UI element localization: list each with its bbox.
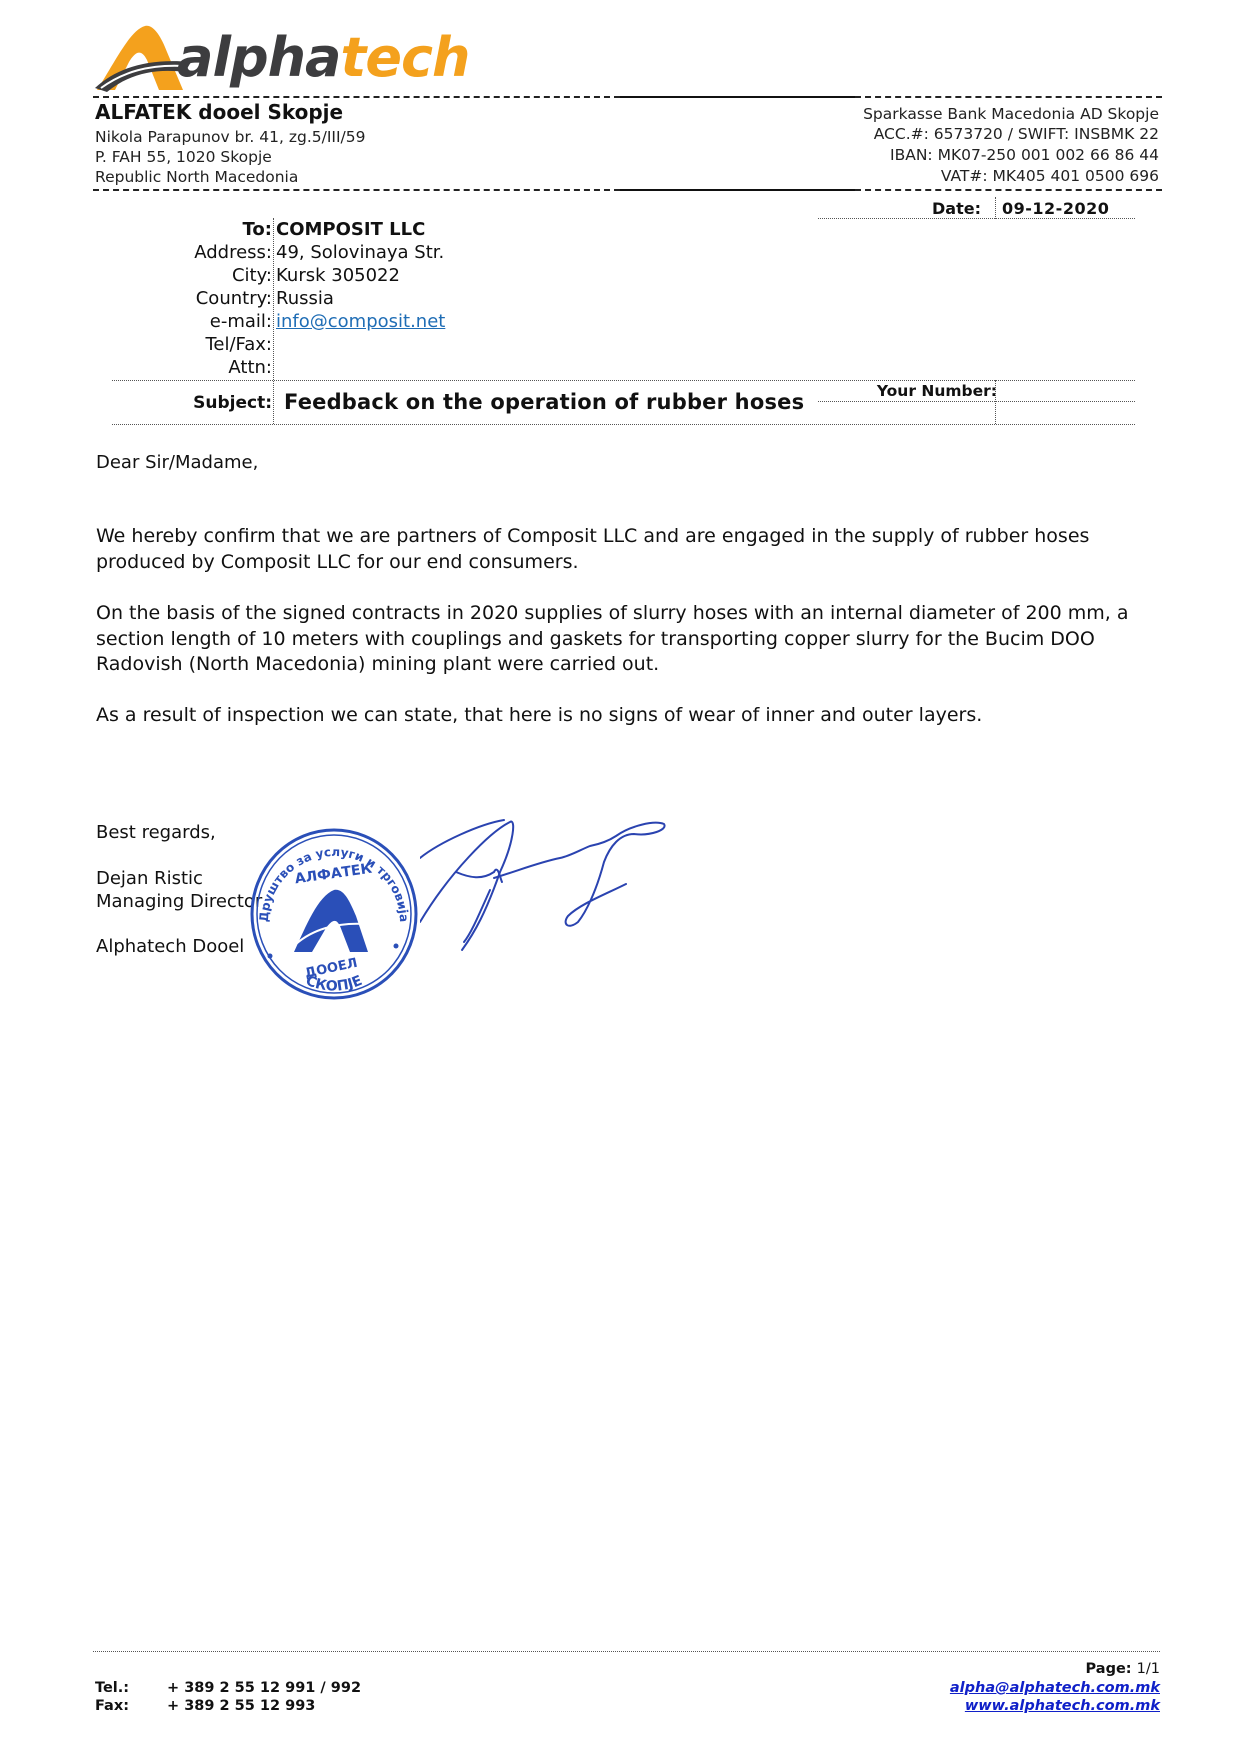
country-label: Country: — [196, 288, 272, 311]
signature — [420, 812, 690, 992]
fax-value: + 389 2 55 12 993 — [167, 1697, 315, 1715]
bank-vat: VAT#: MK405 401 0500 696 — [941, 166, 1159, 186]
stamp-city: СКОПЈЕ — [303, 973, 364, 995]
your-number-midline — [818, 401, 1135, 402]
city-label: City: — [232, 265, 272, 288]
sender-company-name: ALFATEK dooel Skopje — [95, 100, 343, 124]
header-top-separator-solid — [620, 96, 855, 98]
subject-value: Feedback on the operation of rubber hose… — [284, 390, 804, 414]
stamp-logo-icon — [294, 890, 368, 952]
salutation: Dear Sir/Madame, — [96, 450, 1196, 476]
company-logo: alphatech — [95, 22, 475, 94]
subject-label: Subject: — [193, 393, 272, 413]
header-bottom-separator-solid — [620, 189, 855, 191]
footer-separator — [93, 1651, 1160, 1652]
date-divider — [995, 197, 996, 219]
attn-label: Attn: — [228, 357, 272, 380]
date-value: 09-12-2020 — [1002, 199, 1109, 218]
subject-top-line — [112, 380, 1135, 381]
date-underline — [818, 218, 1135, 219]
sender-address-line1: Nikola Parapunov br. 41, zg.5/III/59 — [95, 127, 366, 147]
paragraph-3: As a result of inspection we can state, … — [96, 703, 1196, 729]
paragraph-2: On the basis of the signed contracts in … — [96, 601, 1166, 678]
header-top-separator — [93, 96, 620, 98]
tel-value: + 389 2 55 12 991 / 992 — [167, 1679, 361, 1697]
recipient-divider — [273, 218, 274, 424]
recipient-email-link[interactable]: info@composit.net — [276, 311, 445, 334]
company-stamp: Друштво за услуги и трговија АЛФАТЕК ДОО… — [246, 826, 422, 1002]
email-label: e-mail: — [210, 311, 272, 334]
to-value: COMPOSIT LLC — [276, 219, 425, 242]
logo-wordmark: alphatech — [177, 22, 469, 94]
sender-address-line3: Republic North Macedonia — [95, 167, 298, 187]
your-number-divider — [995, 380, 996, 424]
page-value: 1/1 — [1137, 1661, 1160, 1677]
bank-iban: IBAN: MK07-250 001 002 66 86 44 — [890, 145, 1159, 165]
footer-website-link[interactable]: www.alphatech.com.mk — [965, 1697, 1160, 1715]
telfax-label: Tel/Fax: — [205, 334, 272, 357]
subject-bottom-line — [112, 424, 1135, 425]
tel-label: Tel.: — [95, 1679, 129, 1697]
country-value: Russia — [276, 288, 334, 311]
date-label: Date: — [932, 199, 981, 218]
page-indicator: Page: 1/1 — [1086, 1660, 1160, 1678]
svg-text:СКОПЈЕ: СКОПЈЕ — [303, 973, 364, 995]
header-bottom-separator — [93, 189, 620, 191]
header-bottom-separator-right — [855, 189, 1162, 191]
header-top-separator-right — [855, 96, 1162, 98]
logo-word-alpha: alpha — [177, 26, 341, 89]
to-label: To: — [243, 219, 272, 242]
your-number-label: Your Number: — [877, 382, 997, 400]
address-label: Address: — [194, 242, 272, 265]
bank-name: Sparkasse Bank Macedonia AD Skopje — [863, 104, 1159, 124]
logo-word-tech: tech — [341, 26, 470, 89]
address-value: 49, Solovinaya Str. — [276, 242, 444, 265]
city-value: Kursk 305022 — [276, 265, 400, 288]
page-label: Page: — [1086, 1661, 1132, 1677]
fax-label: Fax: — [95, 1697, 129, 1715]
bank-account: ACC.#: 6573720 / SWIFT: INSBMK 22 — [874, 124, 1159, 144]
footer-email-link[interactable]: alpha@alphatech.com.mk — [950, 1679, 1160, 1697]
sender-address-line2: P. FAH 55, 1020 Skopje — [95, 147, 272, 167]
paragraph-1: We hereby confirm that we are partners o… — [96, 524, 1146, 575]
